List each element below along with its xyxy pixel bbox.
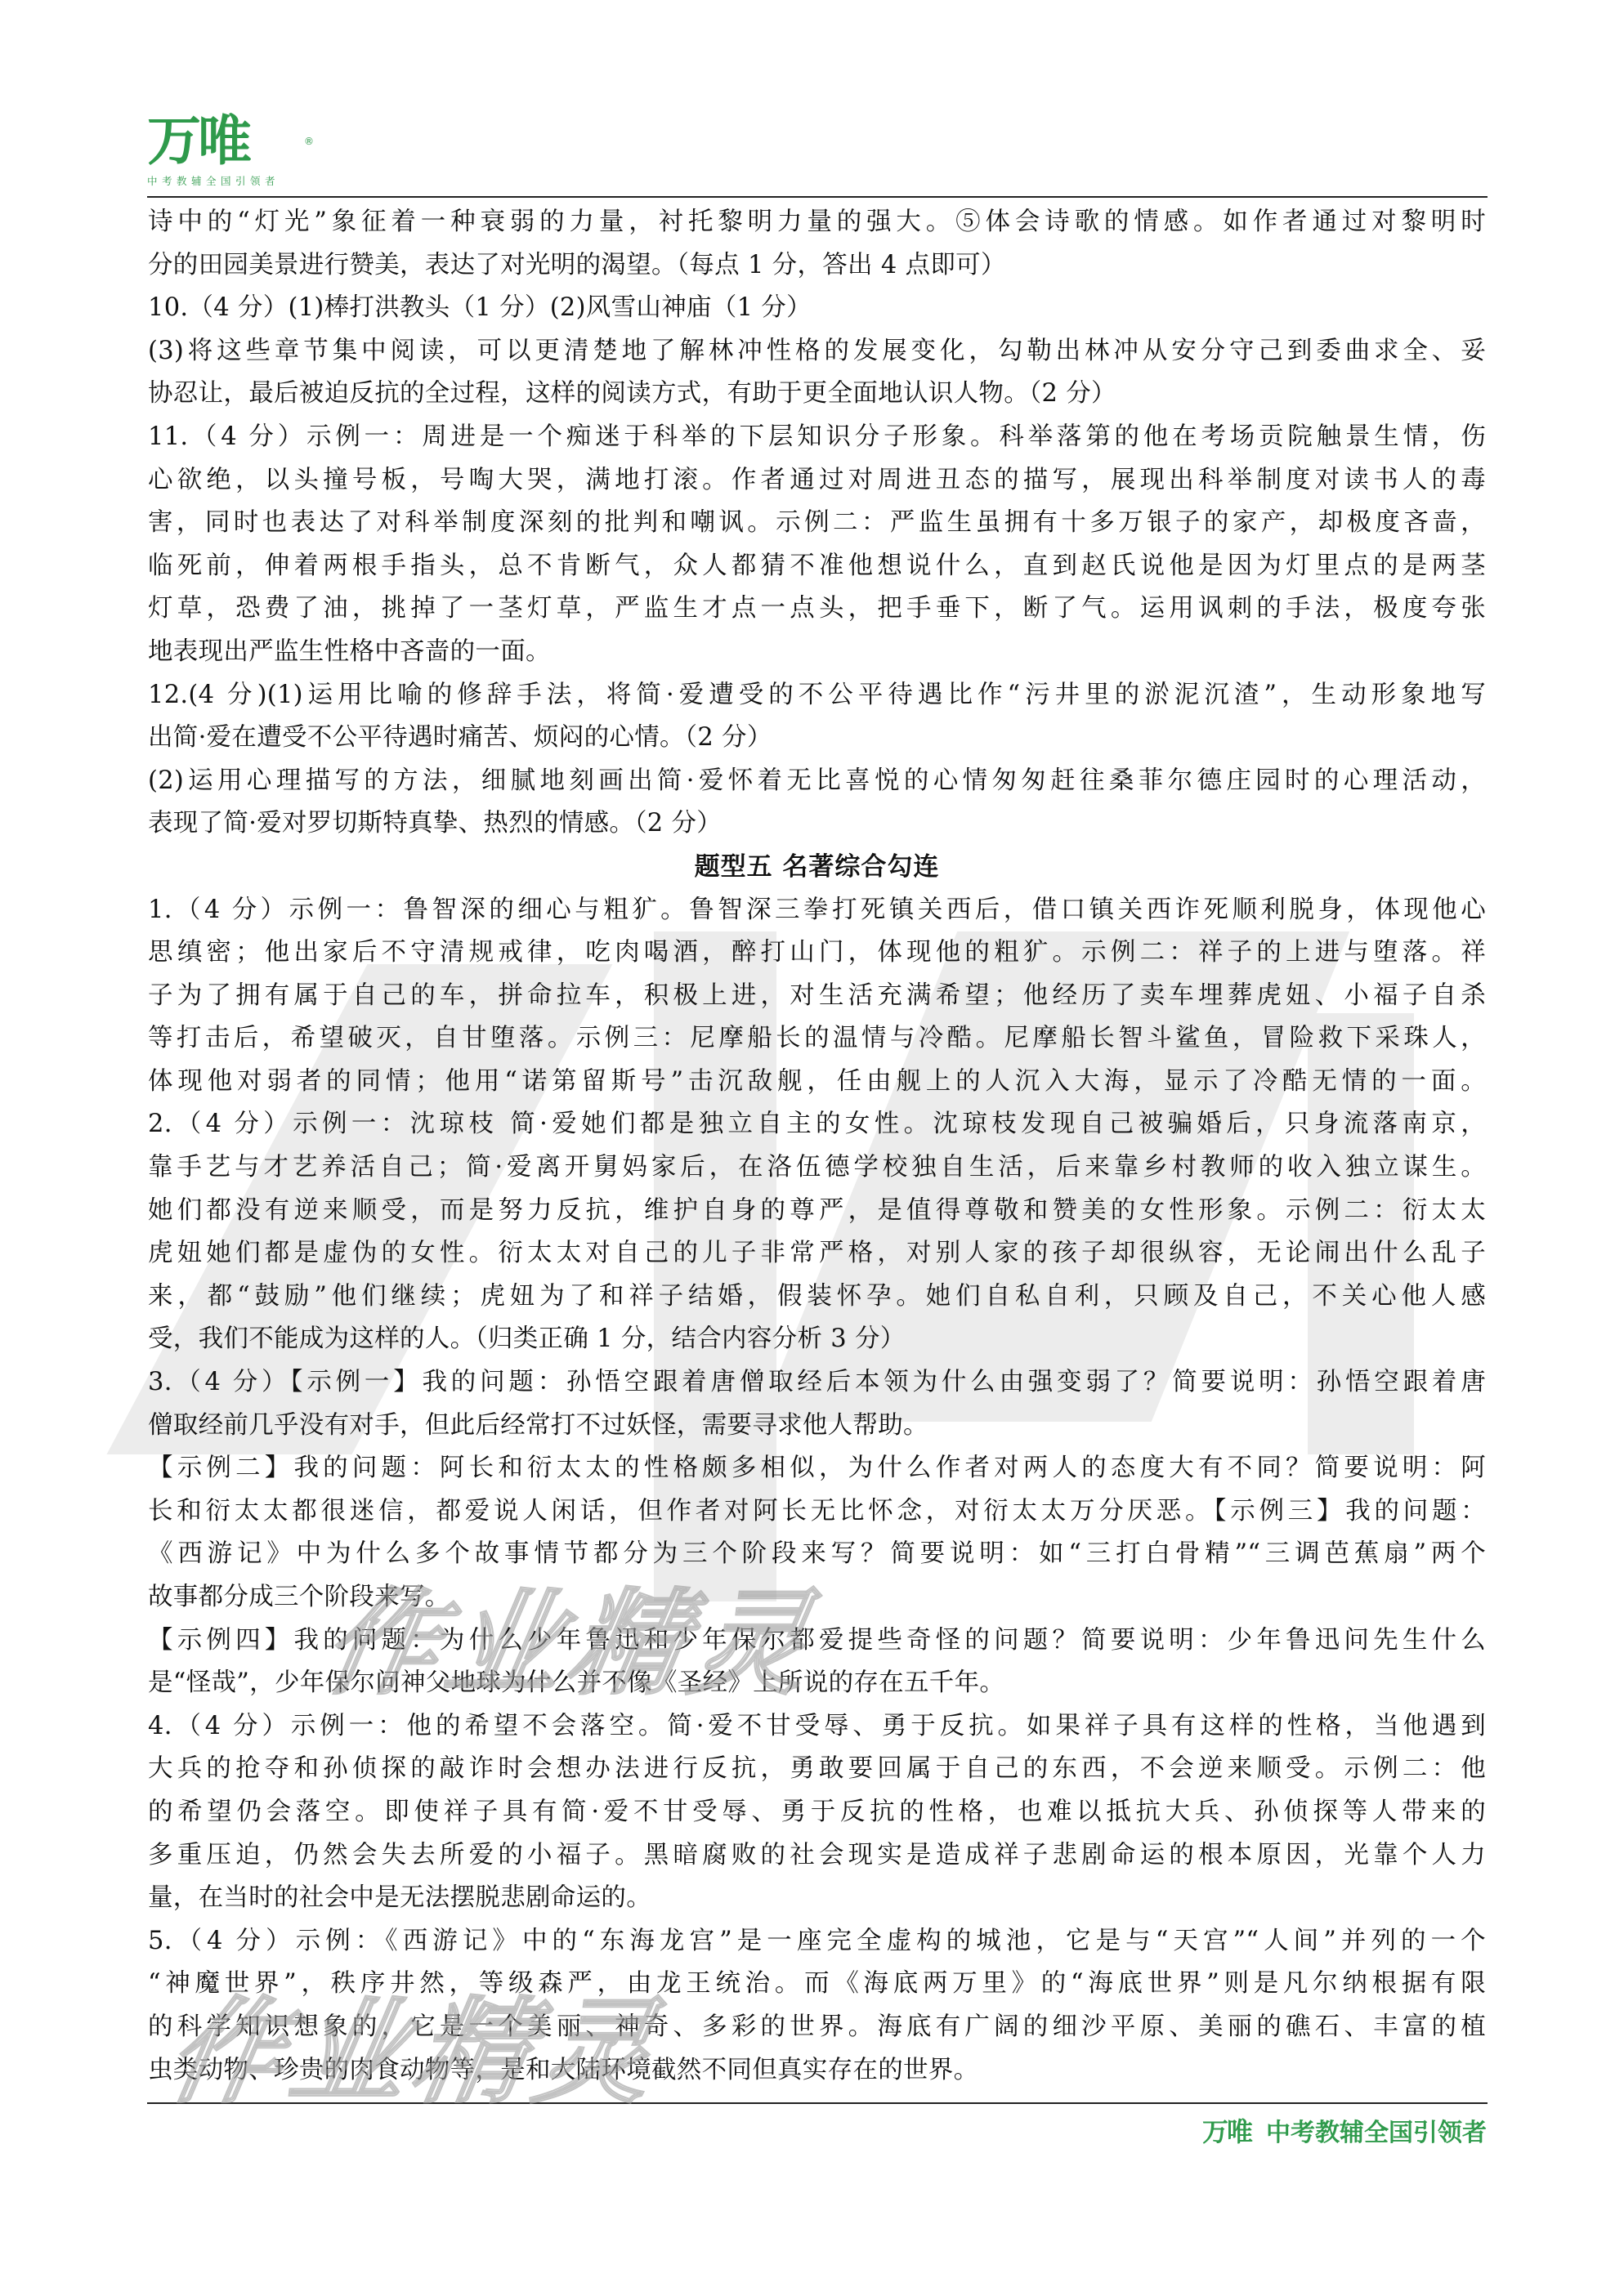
- registered-mark: ®: [304, 113, 314, 170]
- answer-line: (3)将这些章节集中阅读，可以更清楚地了解林冲性格的发展变化，勾勒出林冲从安分守…: [148, 330, 1486, 373]
- logo-text: 万唯: [147, 109, 248, 172]
- answer-line: 5.（4 分）示例：《西游记》中的“东海龙宫”是一座完全虚构的城池，它是与“天宫…: [148, 1920, 1486, 1963]
- answer-line: 僧取经前几乎没有对手，但此后经常打不过妖怪，需要寻求他人帮助。: [148, 1405, 1486, 1448]
- answer-line: 11.（4 分）示例一：周进是一个痴迷于科举的下层知识分子形象。科举落第的他在考…: [148, 416, 1486, 459]
- answer-line: 地表现出严监生性格中吝啬的一面。: [148, 631, 1486, 674]
- answer-line: (2)运用心理描写的方法，细腻地刻画出简·爱怀着无比喜悦的心情匆匆赶往桑菲尔德庄…: [148, 760, 1486, 803]
- answer-line: 心欲绝，以头撞号板，号啕大哭，满地打滚。作者通过对周进丑态的描写，展现出科举制度…: [148, 459, 1486, 503]
- section-title: 题型五 名著综合勾连: [148, 846, 1486, 889]
- answer-line: 临死前，伸着两根手指头，总不肯断气，众人都猜不准他想说什么，直到赵氏说他是因为灯…: [148, 545, 1486, 588]
- answer-line: 表现了简·爱对罗切斯特真挚、热烈的情感。（2 分）: [148, 802, 1486, 846]
- answer-content: 诗中的“灯光”象征着一种衰弱的力量，衬托黎明力量的强大。⑤体会诗歌的情感。如作者…: [148, 201, 1486, 2092]
- answer-line: 的希望仍会落空。即使祥子具有简·爱不甘受辱、勇于反抗的性格，也难以抵抗大兵、孙侦…: [148, 1791, 1486, 1834]
- document-page: 万唯 ® 中考教辅全国引领者 诗中的“灯光”象征着一种衰弱的力量，衬托黎明力量的…: [0, 0, 1624, 2296]
- answer-line: 体现他对弱者的同情；他用“诺第留斯号”击沉敌舰，任由舰上的人沉入大海，显示了冷酷…: [148, 1061, 1486, 1104]
- answer-line: 【示例二】我的问题：阿长和衍太太的性格颇多相似，为什么作者对两人的态度大有不同？…: [148, 1447, 1486, 1490]
- answer-line: 长和衍太太都很迷信，都爱说人闲话，但作者对阿长无比怀念，对衍太太万分厌恶。【示例…: [148, 1490, 1486, 1534]
- answer-line: 她们都没有逆来顺受，而是努力反抗，维护自身的尊严，是值得尊敬和赞美的女性形象。示…: [148, 1190, 1486, 1233]
- footer-slogan: 中考教辅全国引领者: [1266, 2119, 1487, 2147]
- answer-line: 量，在当时的社会中是无法摆脱悲剧命运的。: [148, 1877, 1486, 1920]
- answer-line: 灯草，恐费了油，挑掉了一茎灯草，严监生才点一点头，把手垂下，断了气。运用讽刺的手…: [148, 587, 1486, 631]
- answer-line: 1.（4 分）示例一：鲁智深的细心与粗犷。鲁智深三拳打死镇关西后，借口镇关西诈死…: [148, 889, 1486, 932]
- answer-line: 10.（4 分）(1)棒打洪教头（1 分）(2)风雪山神庙（1 分）: [148, 287, 1486, 330]
- answer-line: 分的田园美景进行赞美，表达了对光明的渴望。（每点 1 分，答出 4 点即可）: [148, 244, 1486, 288]
- answer-line: 2.（4 分）示例一：沈琼枝 简·爱她们都是独立自主的女性。沈琼枝发现自己被骗婚…: [148, 1103, 1486, 1146]
- answer-line: 大兵的抢夺和孙侦探的敲诈时会想办法进行反抗，勇敢要回属于自己的东西，不会逆来顺受…: [148, 1748, 1486, 1791]
- brand-logo: 万唯 ® 中考教辅全国引领者: [147, 113, 294, 188]
- answer-line: 子为了拥有属于自己的车，拼命拉车，积极上进，对生活充满希望；他经历了卖车埋葬虎妞…: [148, 975, 1486, 1018]
- answer-line: 来，都“鼓励”他们继续；虎妞为了和祥子结婚，假装怀孕。她们自私自利，只顾及自己，…: [148, 1275, 1486, 1319]
- answer-line: 虎妞她们都是虚伪的女性。衍太太对自己的儿子非常严格，对别人家的孩子却很纵容，无论…: [148, 1232, 1486, 1275]
- watermark-text-upper: 作业精灵: [312, 1552, 831, 1717]
- answer-line: 3.（4 分）【示例一】我的问题：孙悟空跟着唐僧取经后本领为什么由强变弱了？简要…: [148, 1361, 1486, 1405]
- answer-line: 思缜密；他出家后不守清规戒律，吃肉喝酒，醉打山门，体现他的粗犷。示例二：祥子的上…: [148, 931, 1486, 975]
- answer-line: 等打击后，希望破灭，自甘堕落。示例三：尼摩船长的温情与冷酷。尼摩船长智斗鲨鱼，冒…: [148, 1017, 1486, 1061]
- answer-line: 协忍让，最后被迫反抗的全过程，这样的阅读方式，有助于更全面地认识人物。（2 分）: [148, 373, 1486, 416]
- answer-line: 受，我们不能成为这样的人。（归类正确 1 分，结合内容分析 3 分）: [148, 1318, 1486, 1361]
- answer-line: 12.(4 分)(1)运用比喻的修辞手法，将简·爱遭受的不公平待遇比作“污井里的…: [148, 674, 1486, 717]
- footer-brand: 万唯中考教辅全国引领者: [1202, 2111, 1487, 2149]
- answer-line: 害，同时也表达了对科举制度深刻的批判和嘲讽。示例二：严监生虽拥有十多万银子的家产…: [148, 502, 1486, 545]
- footer-logo: 万唯: [1202, 2116, 1251, 2147]
- logo-slogan: 中考教辅全国引领者: [147, 173, 294, 188]
- answer-line: 靠手艺与才艺养活自己；简·爱离开舅妈家后，在洛伍德学校独自生活，后来靠乡村教师的…: [148, 1146, 1486, 1190]
- answer-line: 诗中的“灯光”象征着一种衰弱的力量，衬托黎明力量的强大。⑤体会诗歌的情感。如作者…: [148, 201, 1486, 244]
- answer-line: 出简·爱在遭受不公平待遇时痛苦、烦闷的心情。（2 分）: [148, 717, 1486, 760]
- header-divider: [147, 196, 1488, 198]
- watermark-text-lower: 作业精灵: [157, 1961, 676, 2125]
- answer-line: 多重压迫，仍然会失去所爱的小福子。黑暗腐败的社会现实是造成祥子悲剧命运的根本原因…: [148, 1834, 1486, 1878]
